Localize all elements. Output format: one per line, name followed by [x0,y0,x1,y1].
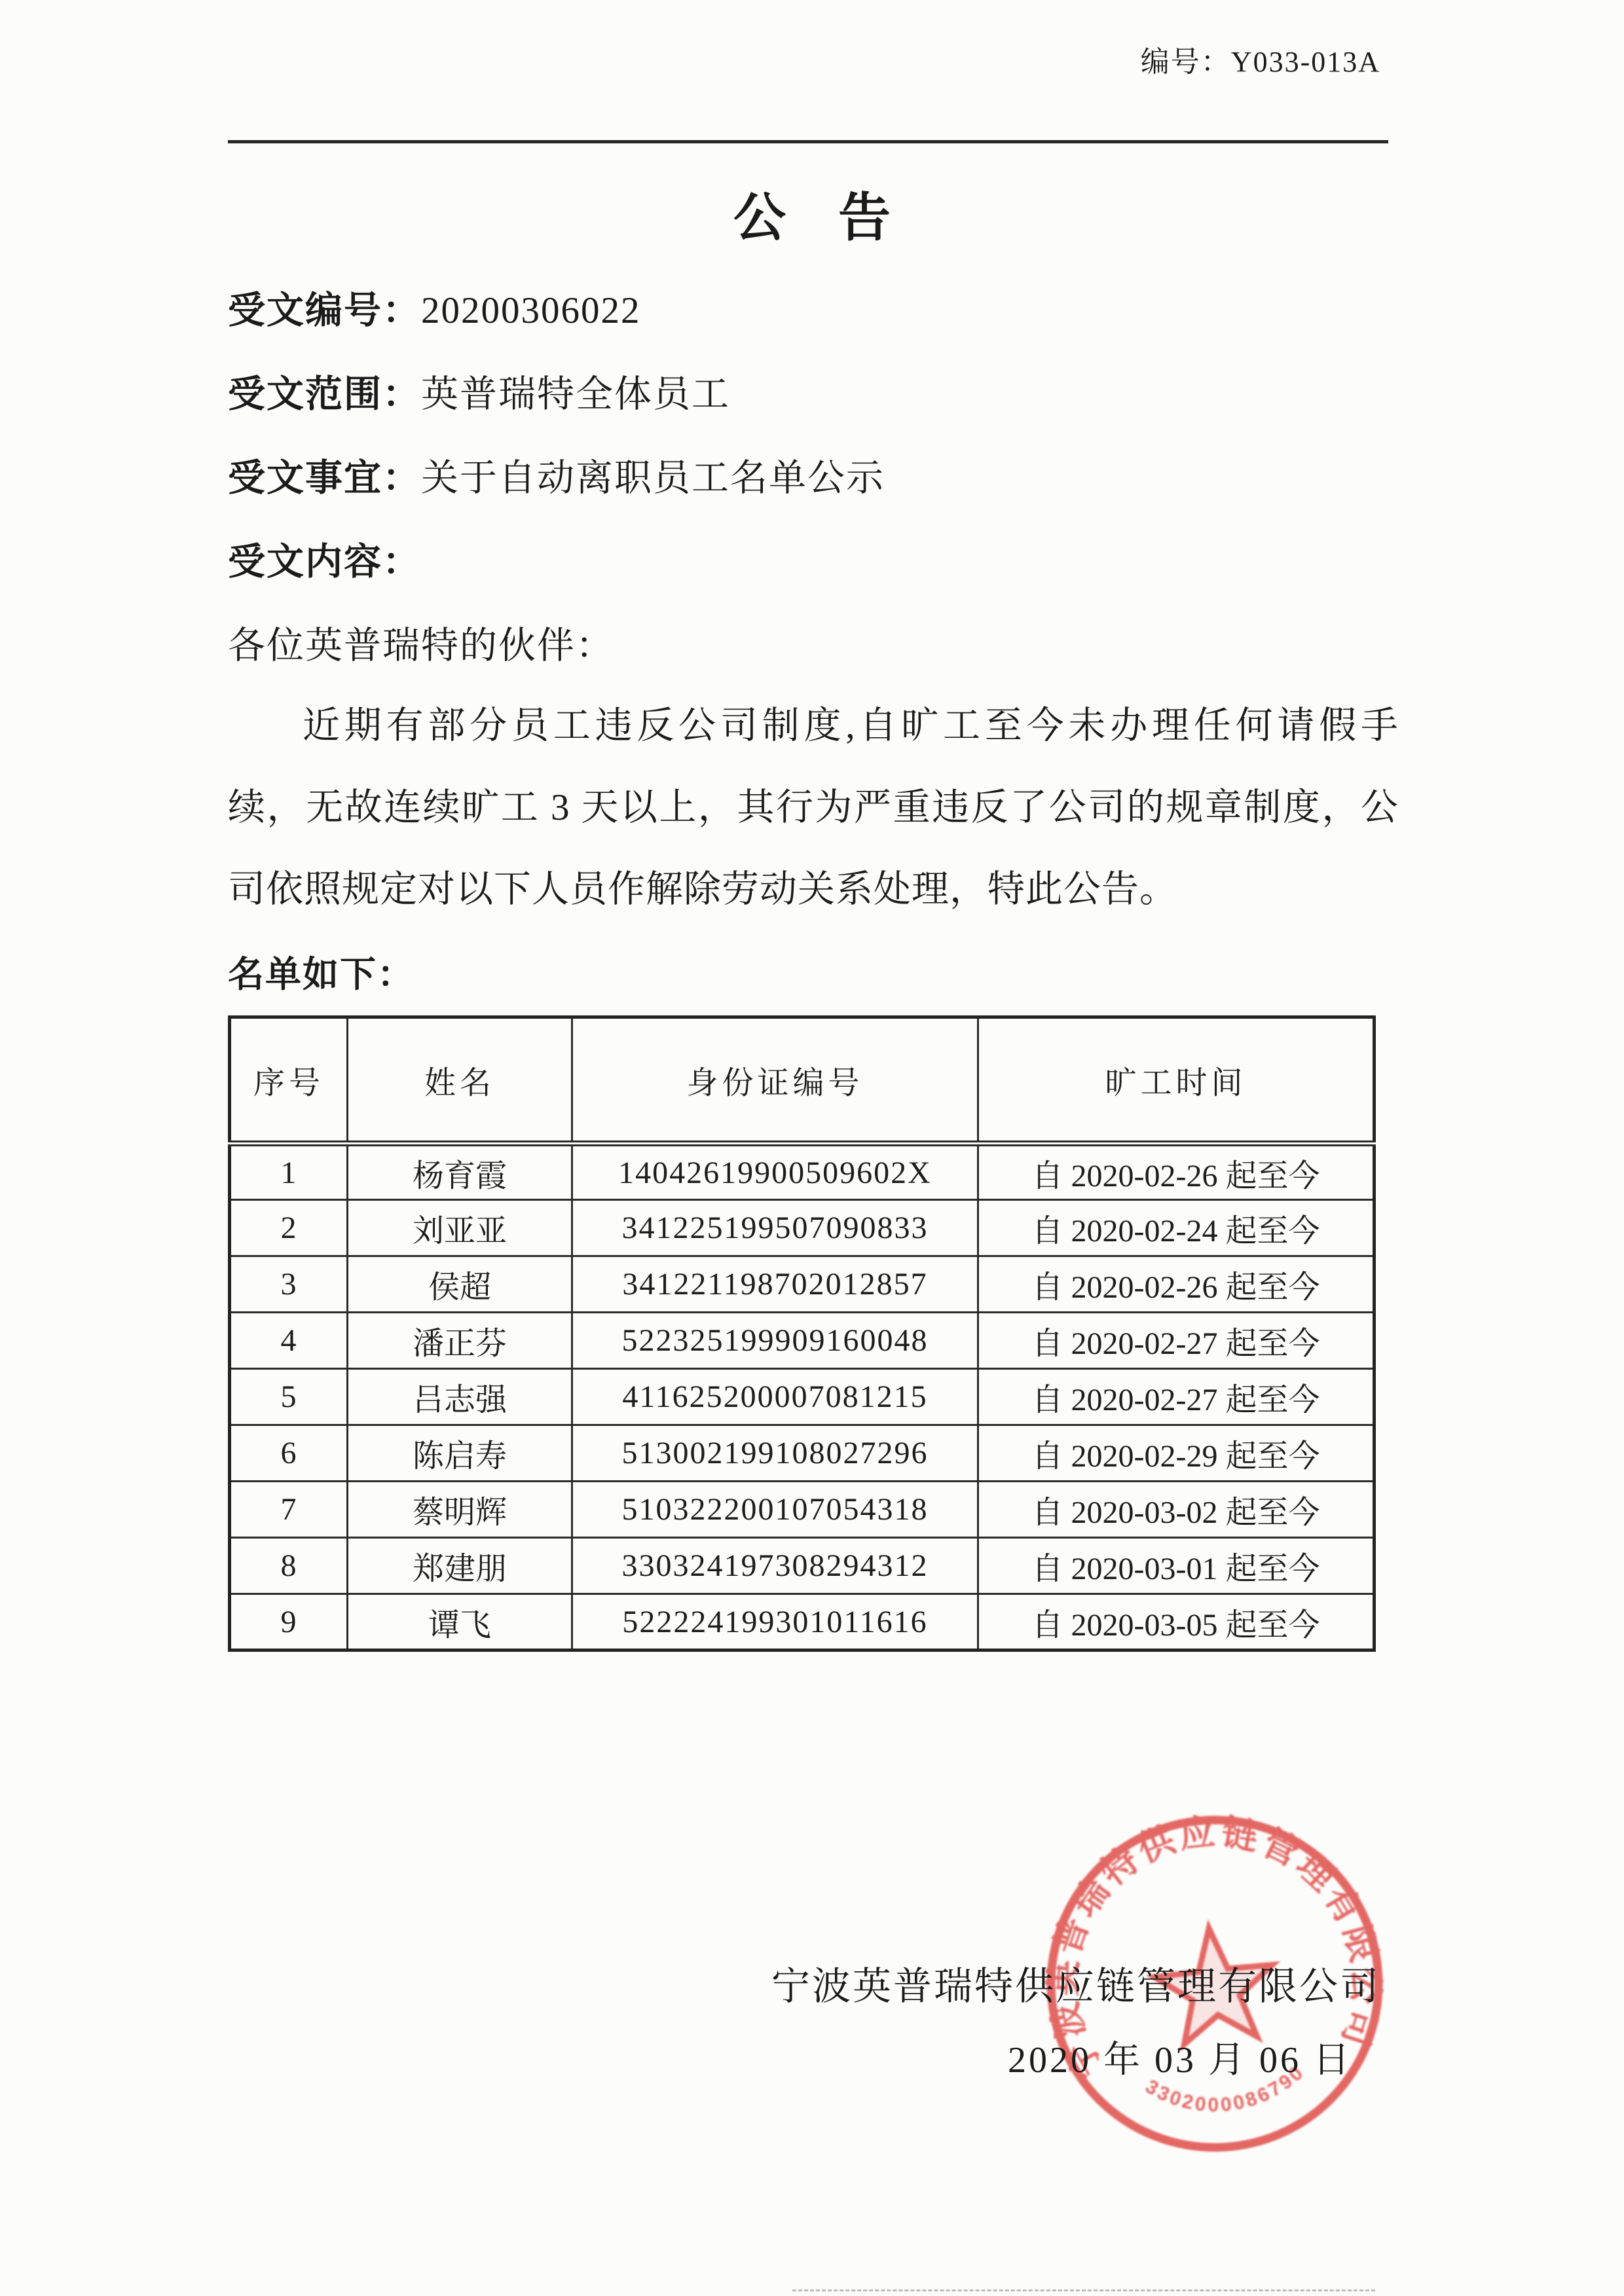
col-header-name: 姓名 [348,1017,572,1144]
table-row: 2 刘亚亚 341225199507090833 自 2020-02-24 起至… [230,1200,1375,1256]
cell-name: 杨育霞 [348,1144,572,1200]
cell-id: 341225199507090833 [572,1200,978,1256]
table-row: 6 陈启寿 513002199108027296 自 2020-02-29 起至… [230,1425,1375,1482]
table-header-row: 序号 姓名 身份证编号 旷工时间 [230,1017,1375,1144]
col-header-absence: 旷工时间 [978,1017,1375,1144]
cell-name: 蔡明辉 [348,1482,572,1538]
greeting-line: 各位英普瑞特的伙伴： [228,615,614,669]
cell-absence: 自 2020-02-27 起至今 [978,1313,1375,1369]
field-receive-subject: 受文事宜：关于自动离职员工名单公示 [228,448,885,501]
cell-id: 330324197308294312 [572,1538,978,1594]
cell-name: 潘正芬 [348,1313,572,1369]
field-label: 受文编号： [228,289,421,331]
field-receive-content: 受文内容： [228,532,421,585]
cell-name: 谭飞 [348,1594,572,1650]
cell-id: 341221198702012857 [572,1256,978,1313]
body-line-1: 近期有部分员工违反公司制度,自旷工至今未办理任何请假手 [228,703,1399,749]
field-label: 受文事宜： [228,457,421,499]
cell-id: 522224199301011616 [572,1594,978,1650]
cell-name: 郑建朋 [348,1538,572,1594]
cell-name: 侯超 [348,1256,572,1313]
cell-absence: 自 2020-02-26 起至今 [978,1144,1375,1200]
field-value: 英普瑞特全体员工 [421,374,730,415]
cell-id: 14042619900509602X [572,1144,978,1200]
signature-date: 2020 年 03 月 06 日 [1008,2031,1352,2083]
cell-index: 1 [230,1144,348,1200]
field-receive-number: 受文编号：20200306022 [228,280,641,334]
signature-company: 宁波英普瑞特供应链管理有限公司 [771,1955,1380,2011]
body-line-3: 司依照规定对以下人员作解除劳动关系处理，特此公告。 [228,867,1399,913]
cell-index: 9 [230,1594,348,1650]
cell-index: 3 [230,1256,348,1313]
doc-title: 公 告 [714,175,910,251]
cell-absence: 自 2020-02-26 起至今 [978,1256,1375,1313]
scan-artifact-line [792,2289,1375,2291]
cell-name: 刘亚亚 [348,1200,572,1256]
cell-id: 513002199108027296 [572,1425,978,1482]
doc-code: 编号：Y033-013A [1141,38,1380,80]
table-row: 1 杨育霞 14042619900509602X 自 2020-02-26 起至… [230,1144,1375,1200]
list-intro: 名单如下： [228,945,415,997]
cell-absence: 自 2020-03-01 起至今 [978,1538,1375,1594]
field-value: 20200306022 [421,290,641,331]
field-label: 受文内容： [228,541,421,583]
cell-id: 522325199909160048 [572,1313,978,1369]
field-label: 受文范围： [228,373,421,415]
document-page: 编号：Y033-013A 公 告 受文编号：20200306022 受文范围：英… [0,0,1624,2296]
header-rule [228,140,1388,143]
cell-name: 陈启寿 [348,1425,572,1482]
cell-id: 411625200007081215 [572,1369,978,1425]
table-row: 9 谭飞 522224199301011616 自 2020-03-05 起至今 [230,1594,1375,1650]
table-row: 4 潘正芬 522325199909160048 自 2020-02-27 起至… [230,1313,1375,1369]
cell-index: 8 [230,1538,348,1594]
cell-index: 5 [230,1369,348,1425]
roster-table: 序号 姓名 身份证编号 旷工时间 1 杨育霞 14042619900509602… [228,1015,1376,1652]
table-row: 8 郑建朋 330324197308294312 自 2020-03-01 起至… [230,1538,1375,1594]
cell-absence: 自 2020-03-05 起至今 [978,1594,1375,1650]
cell-absence: 自 2020-03-02 起至今 [978,1482,1375,1538]
table-row: 3 侯超 341221198702012857 自 2020-02-26 起至今 [230,1256,1375,1313]
cell-absence: 自 2020-02-27 起至今 [978,1369,1375,1425]
cell-index: 2 [230,1200,348,1256]
cell-index: 4 [230,1313,348,1369]
body-line-2: 续，无故连续旷工 3 天以上，其行为严重违反了公司的规章制度，公 [228,785,1399,831]
cell-name: 吕志强 [348,1369,572,1425]
cell-index: 6 [230,1425,348,1482]
cell-absence: 自 2020-02-29 起至今 [978,1425,1375,1482]
cell-id: 510322200107054318 [572,1482,978,1538]
cell-absence: 自 2020-02-24 起至今 [978,1200,1375,1256]
table-row: 7 蔡明辉 510322200107054318 自 2020-03-02 起至… [230,1482,1375,1538]
table-row: 5 吕志强 411625200007081215 自 2020-02-27 起至… [230,1369,1375,1425]
col-header-id: 身份证编号 [572,1017,978,1144]
field-value: 关于自动离职员工名单公示 [421,458,885,499]
col-header-index: 序号 [230,1017,348,1144]
cell-index: 7 [230,1482,348,1538]
field-receive-scope: 受文范围：英普瑞特全体员工 [228,364,730,418]
